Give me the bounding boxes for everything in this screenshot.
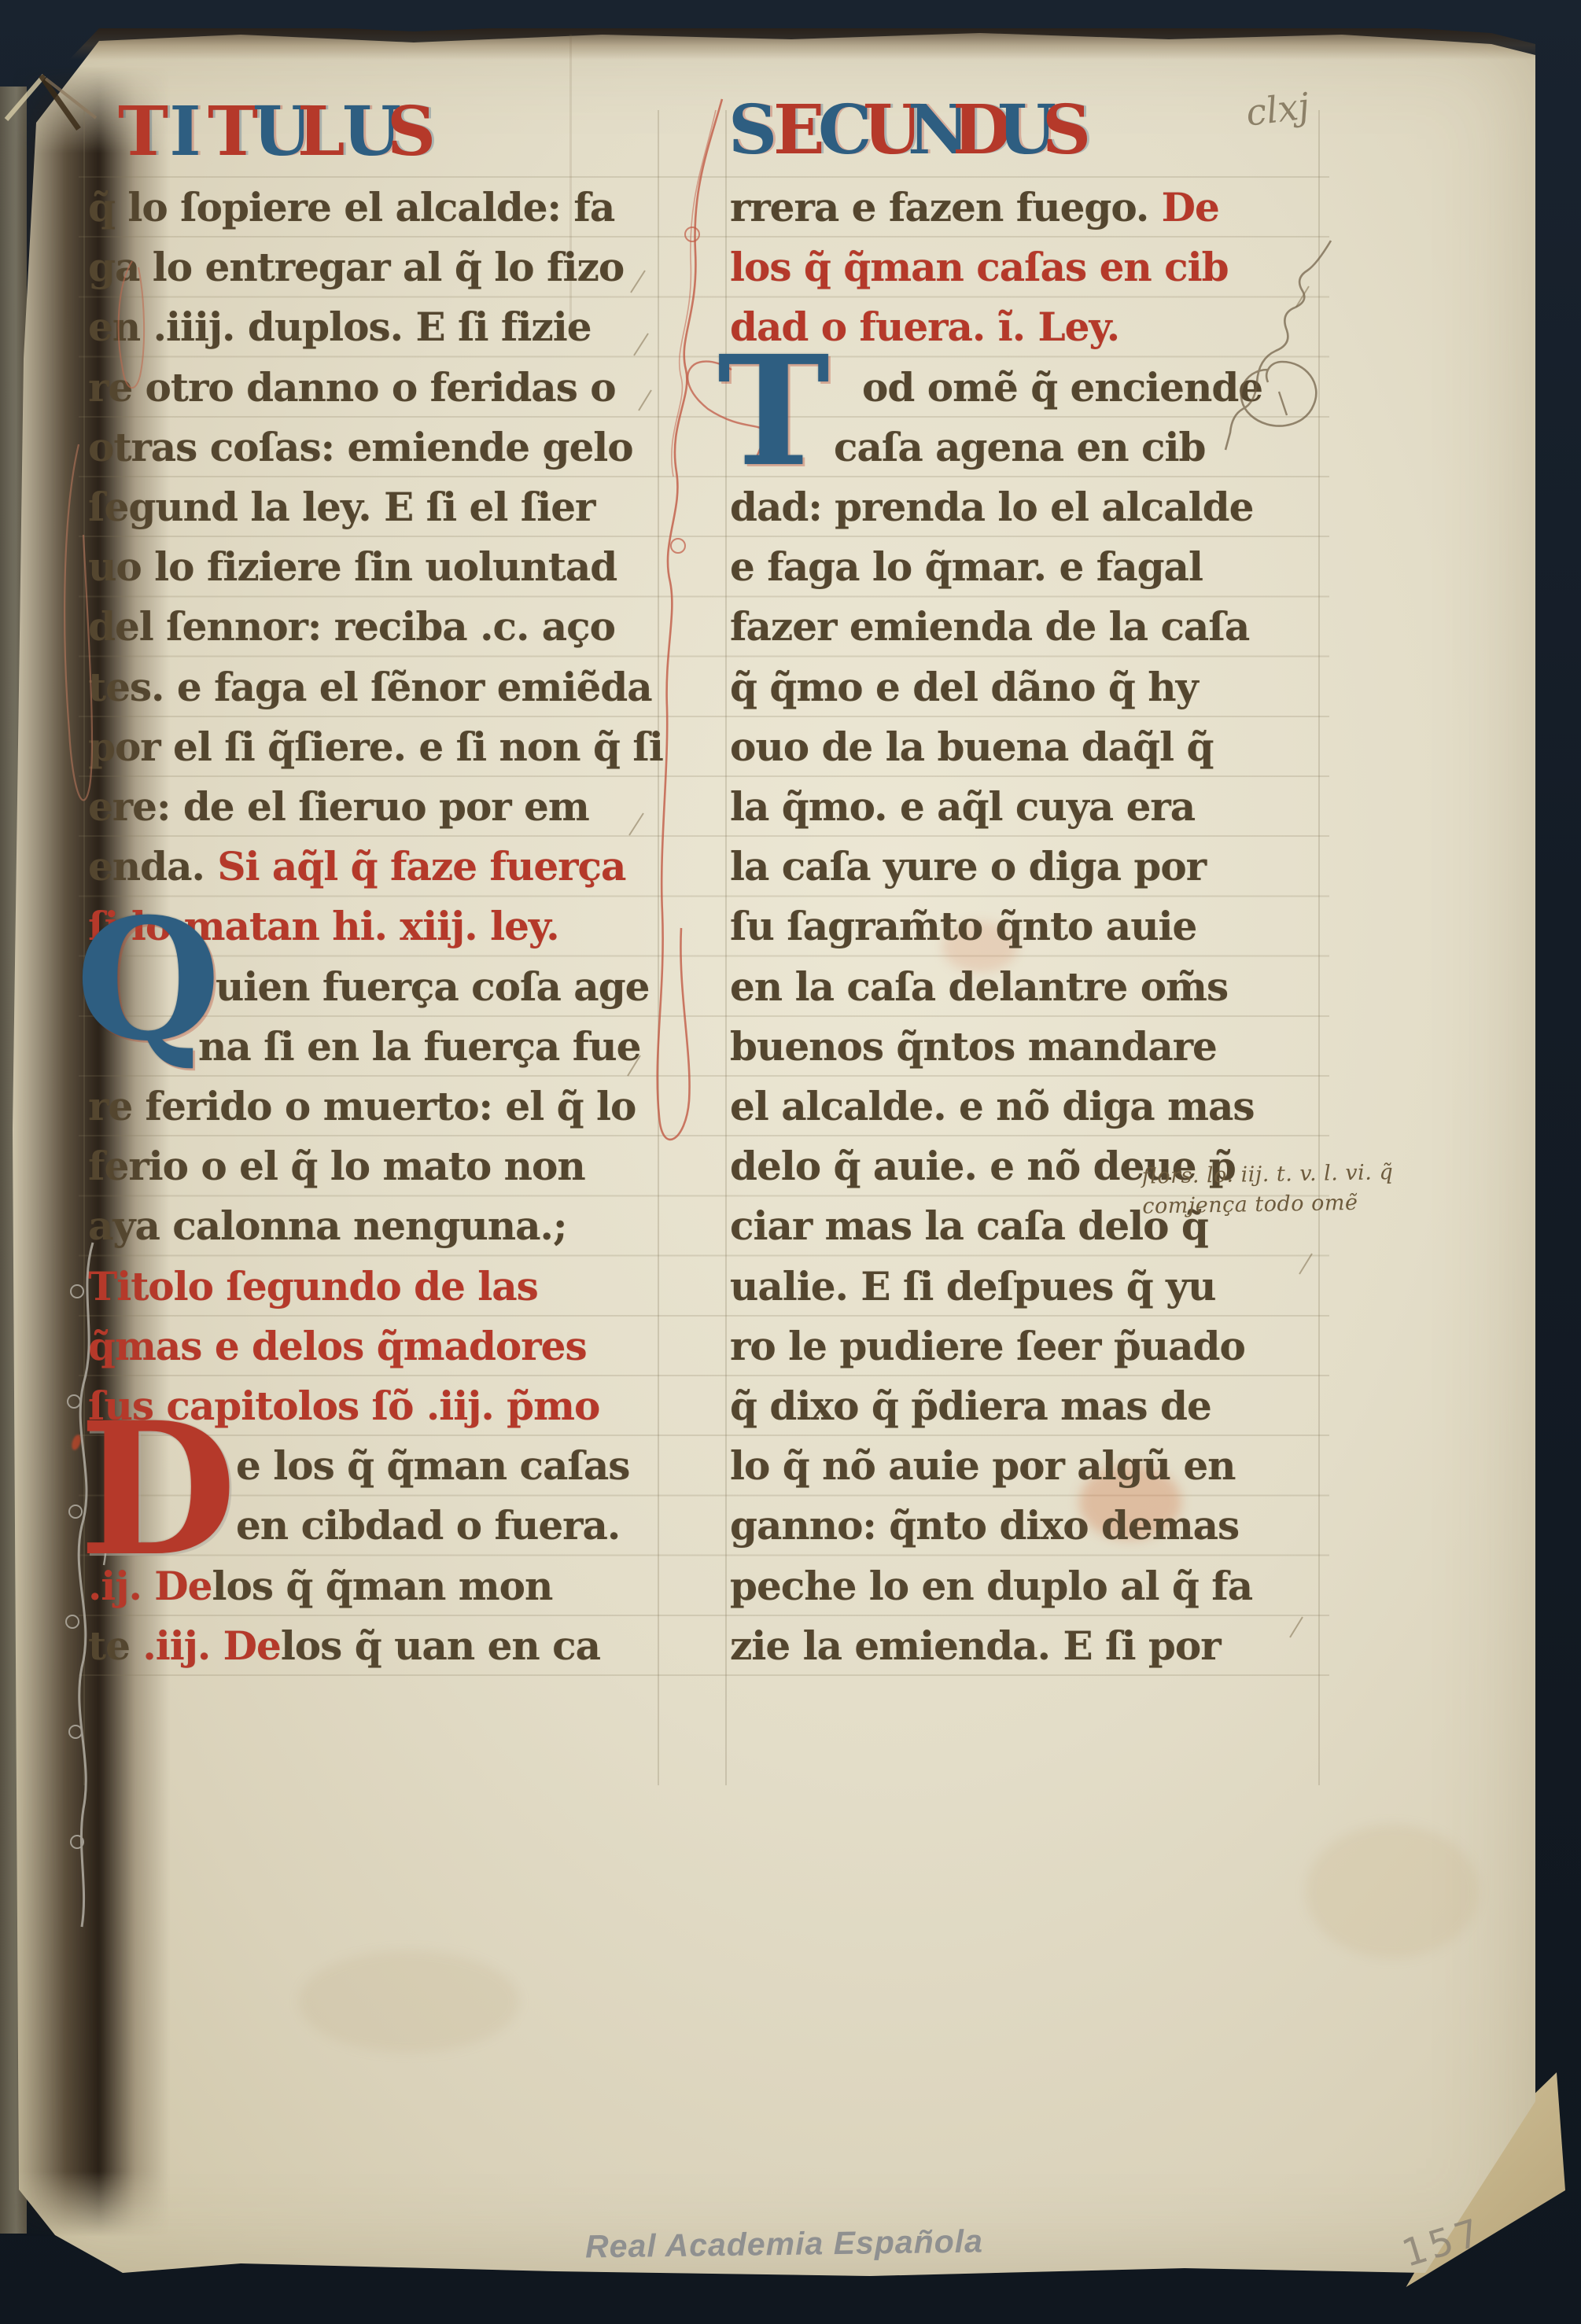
red-divider-flourish bbox=[658, 99, 765, 1140]
manuscript-scan: TITULUS SECUNDUS clxj q̃ lo ſopiere el a… bbox=[0, 0, 1581, 2324]
decorated-initial-d: D bbox=[79, 1398, 237, 1581]
left-margin-red-flourish bbox=[64, 261, 144, 800]
decorated-initial-q: Q bbox=[76, 897, 221, 1063]
decorated-initial-t: T bbox=[717, 337, 830, 488]
margin-squiggle-marks bbox=[1225, 241, 1331, 450]
binding-cords-icon bbox=[6, 76, 96, 129]
